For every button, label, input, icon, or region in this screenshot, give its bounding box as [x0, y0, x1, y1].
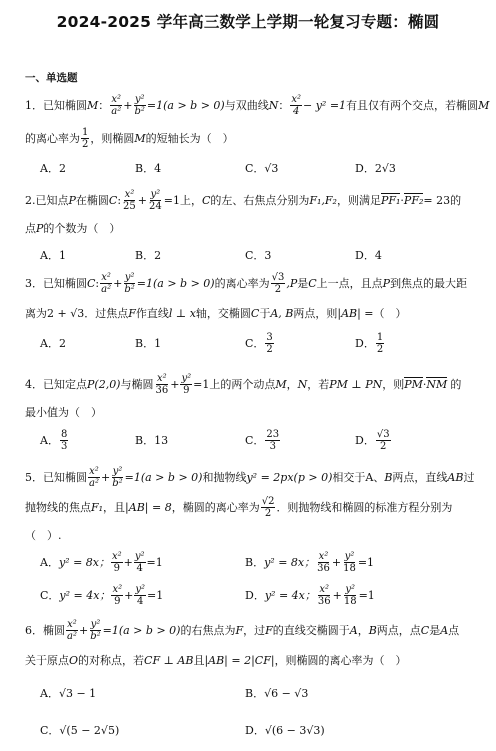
q-text: ，过: [243, 622, 265, 638]
option-d[interactable]: D．4: [355, 240, 382, 270]
q-text: 点: [25, 220, 36, 236]
q-text: ．过焦点: [84, 305, 128, 321]
question-number: 6．: [25, 622, 43, 638]
q-text: 的直线交椭圆于: [273, 622, 350, 638]
math-var: N: [269, 99, 279, 112]
q-text: 到焦点的最大距: [390, 275, 467, 291]
q-text: 关于原点: [25, 652, 69, 668]
q-text: 上，: [180, 192, 202, 208]
fraction: x²a²: [100, 272, 112, 295]
q-text: 两点，则: [293, 305, 337, 321]
q-text: 作直线: [136, 305, 169, 321]
option-b[interactable]: B．1: [135, 328, 161, 358]
math-expr: =1(a > b > 0): [103, 624, 181, 637]
option-b[interactable]: B．y² = 8x；x²36+y²18=1: [245, 547, 374, 577]
q-text: 、: [373, 469, 384, 485]
option-a[interactable]: A．y² = 8x；x²9+y²4=1: [40, 547, 163, 577]
q-text: ：: [98, 97, 109, 113]
math-var: O: [69, 654, 78, 667]
math-expr: PM ⊥ PN: [329, 378, 382, 391]
q-text: ，若: [307, 376, 329, 392]
q-text: 与双曲线: [225, 97, 269, 113]
q-text: 有且仅有两个交点，若椭圆: [346, 97, 478, 113]
q-text: ：: [278, 97, 289, 113]
math-expr: P(2,0): [87, 378, 120, 391]
q-text: 的: [450, 192, 461, 208]
option-a[interactable]: A．1: [40, 240, 66, 270]
math-var: P: [383, 277, 390, 290]
math-var: F: [128, 307, 136, 320]
math-expr: F₁,F₂: [309, 194, 337, 207]
q-text: 的离心率为: [25, 130, 80, 146]
math-expr: y² = 2px(p > 0): [246, 471, 332, 484]
math-expr: =1: [193, 378, 209, 391]
math-expr: =1(a > b > 0): [137, 277, 215, 290]
option-c[interactable]: C．√(5 − 2√5): [40, 715, 119, 745]
math-var: M: [87, 99, 98, 112]
q-text: ，则椭圆的离心率为（ ）: [275, 652, 407, 668]
q-text: ，则椭圆: [90, 130, 134, 146]
math-expr: CF ⊥ AB: [144, 654, 193, 667]
q-text: 轴，交椭圆: [196, 305, 251, 321]
math-expr: =1(a > b > 0): [147, 99, 225, 112]
option-c[interactable]: C．32: [245, 328, 275, 358]
q-text: 与椭圆: [120, 376, 153, 392]
q-text: 抛物线的焦点: [25, 499, 91, 515]
math-expr: |AB| =: [337, 307, 373, 320]
fraction: y²b²: [123, 272, 135, 295]
math-var: M: [275, 378, 286, 391]
page-title: 2024-2025 学年高三数学上学期一轮复习专题：椭圆: [0, 10, 496, 32]
q-text: （ ）.: [25, 527, 62, 543]
math-var: C: [87, 277, 95, 290]
option-c[interactable]: C．233: [245, 425, 281, 455]
math-var: M: [478, 99, 489, 112]
option-a[interactable]: A．2: [40, 328, 66, 358]
q-text: ，且: [103, 499, 125, 515]
fraction: y²b²: [111, 466, 123, 489]
math-var: F: [235, 624, 243, 637]
math-var: C: [109, 194, 117, 207]
math-expr: = 23: [423, 194, 450, 207]
math-var: P: [69, 194, 76, 207]
q-text: ，则满足: [337, 192, 381, 208]
fraction: x²a²: [88, 466, 100, 489]
math-var: B: [384, 471, 392, 484]
fraction: √22: [261, 496, 276, 519]
fraction: x²a²: [66, 619, 78, 642]
math-var: C: [421, 624, 429, 637]
option-d[interactable]: D．√32: [355, 425, 392, 455]
q-text: 两点，点: [377, 622, 421, 638]
option-d[interactable]: D．12: [355, 328, 385, 358]
math-var: C: [308, 277, 316, 290]
q-text: 最小值为（ ）: [25, 404, 102, 420]
q-text: 点: [448, 622, 459, 638]
math-var: ,P: [286, 277, 297, 290]
q-text: 已知椭圆: [43, 469, 87, 485]
math-var: A: [365, 471, 373, 484]
math-expr: 2 + √3: [47, 307, 84, 320]
option-b[interactable]: B．13: [135, 425, 168, 455]
q-text: 的离心率为: [215, 275, 270, 291]
math-var: A: [440, 624, 448, 637]
math-var: F: [265, 624, 273, 637]
math-var: P: [36, 222, 43, 235]
option-a[interactable]: A．2: [40, 153, 66, 183]
q-text: 且: [193, 652, 204, 668]
math-expr: |AB| = 2|CF|: [204, 654, 274, 667]
math-var: C: [202, 194, 210, 207]
option-c[interactable]: C．3: [245, 240, 271, 270]
option-a[interactable]: A．√3 − 1: [40, 678, 96, 708]
math-expr: =1: [164, 194, 180, 207]
question-number: 3．: [25, 275, 43, 291]
q-text: 的对称点，若: [78, 652, 144, 668]
q-text: ，则: [382, 376, 404, 392]
q-text: 已知点: [36, 192, 69, 208]
math-var: F₁: [91, 501, 103, 514]
q-text: 过: [463, 469, 474, 485]
question-number: 1．: [25, 97, 43, 113]
q-text: 的短轴长为（ ）: [146, 130, 234, 146]
math-op: +: [113, 277, 122, 290]
fraction: y²b²: [89, 619, 101, 642]
fraction: y²9: [180, 373, 192, 396]
math-var: N: [298, 378, 308, 391]
q-text: 的个数为（ ）: [43, 220, 120, 236]
fraction: x²25: [122, 189, 137, 212]
option-a[interactable]: A．83: [40, 425, 69, 455]
q-text: 已知椭圆: [43, 97, 87, 113]
vector: PF₁: [381, 193, 400, 207]
math-expr: =1(a > b > 0): [125, 471, 203, 484]
q-text: 的左、右焦点分别为: [210, 192, 309, 208]
fraction: y²b²: [133, 94, 145, 117]
q-text: 于: [259, 305, 270, 321]
q-text: 已知椭圆: [43, 275, 87, 291]
math-op: +: [101, 471, 110, 484]
fraction: √32: [271, 272, 286, 295]
option-d[interactable]: D．2√3: [355, 153, 396, 183]
option-c[interactable]: C．y² = 4x；x²9+y²4=1: [40, 580, 163, 610]
math-expr: AB: [447, 471, 463, 484]
math-var: B: [369, 624, 377, 637]
q-text: ，: [358, 622, 369, 638]
q-text: 相交于: [332, 469, 365, 485]
option-d[interactable]: D．√(6 − 3√3): [245, 715, 325, 745]
fraction: 12: [81, 127, 89, 150]
q-text: 椭圆: [43, 622, 65, 638]
vector: PF₂: [404, 193, 423, 207]
q-text: ，椭圆的离心率为: [172, 499, 260, 515]
q-text: 是: [429, 622, 440, 638]
vector: NM: [426, 377, 447, 391]
vector: PM: [404, 377, 423, 391]
option-b[interactable]: B．2: [135, 240, 161, 270]
q-text: 的: [450, 376, 461, 392]
math-expr: − y² =1: [303, 99, 346, 112]
question-number: 4．: [25, 376, 43, 392]
math-var: M: [134, 132, 145, 145]
q-text: 已知定点: [43, 376, 87, 392]
option-d[interactable]: D．y² = 4x；x²36+y²18=1: [245, 580, 375, 610]
math-op: +: [79, 624, 88, 637]
question-number: 2.: [25, 194, 36, 207]
math-op: +: [123, 99, 132, 112]
option-b[interactable]: B．√6 − √3: [245, 678, 308, 708]
section-heading: 一、单选题: [25, 70, 78, 85]
question-number: 5．: [25, 469, 43, 485]
q-text: 离为: [25, 305, 47, 321]
q-text: 上一点，且点: [317, 275, 383, 291]
q-text: 的右焦点为: [180, 622, 235, 638]
fraction: x²36: [154, 373, 169, 396]
fraction: x²4: [290, 94, 302, 117]
q-text: 上的两个动点: [209, 376, 275, 392]
q-text: 和抛物线: [202, 469, 246, 485]
q-text: 两点，直线: [392, 469, 447, 485]
math-var: A: [350, 624, 358, 637]
fraction: x²a²: [110, 94, 122, 117]
math-expr: l ⊥ x: [169, 307, 196, 320]
option-b[interactable]: B．4: [135, 153, 161, 183]
math-var: C: [251, 307, 259, 320]
q-text: 是: [297, 275, 308, 291]
math-expr: |AB| = 8: [125, 501, 172, 514]
q-text: （ ）: [374, 305, 407, 321]
q-text: ．则抛物线和椭圆的标准方程分别为: [276, 499, 452, 515]
q-text: ，: [287, 376, 298, 392]
math-expr: A, B: [270, 307, 293, 320]
q-text: 在椭圆: [76, 192, 109, 208]
fraction: y²24: [148, 189, 163, 212]
option-c[interactable]: C．√3: [245, 153, 278, 183]
